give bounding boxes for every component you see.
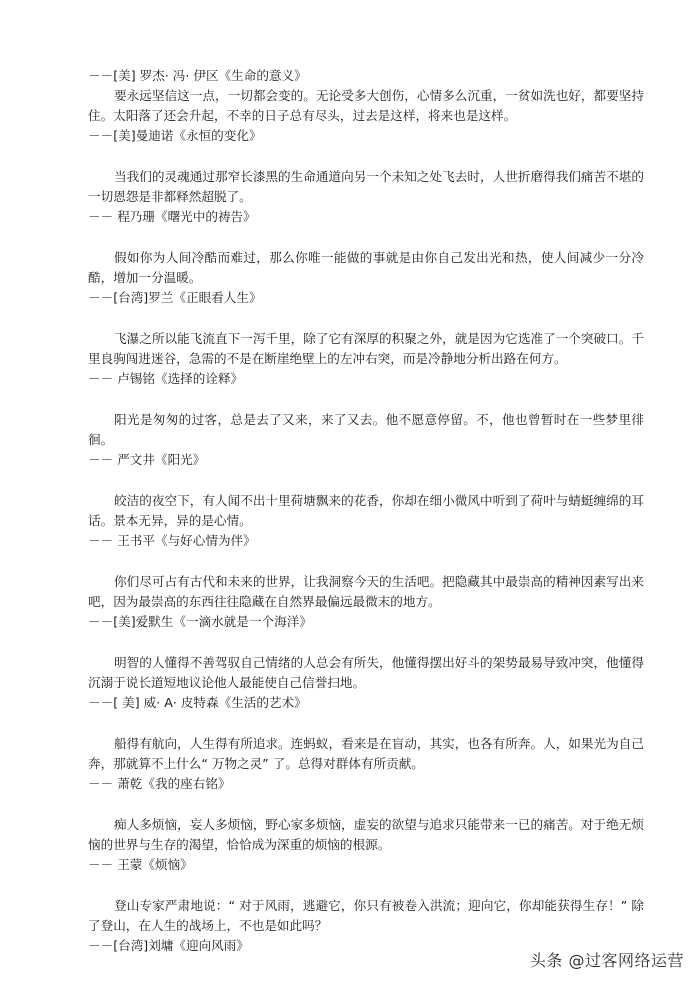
quote-attribution: －－ 严文井《阳光》 [88,450,644,470]
quote-text: 假如你为人间冷酷而难过，那么你唯一能做的事就是由你自己发出光和热，使人间减少一分… [88,248,644,288]
quote-block: 船得有航向，人生得有所追求。连蚂蚁，看来是在盲动，其实，也各有所奔。人，如果光为… [88,734,644,794]
quote-block: 明智的人懂得不善驾驭自己情绪的人总会有所失，他懂得摆出好斗的架势最易导致冲突，他… [88,653,644,713]
quote-block: 阳光是匆匆的过客，总是去了又来，来了又去。他不愿意停留。不，他也曾暂时在一些梦里… [88,410,644,470]
quote-text: 阳光是匆匆的过客，总是去了又来，来了又去。他不愿意停留。不，他也曾暂时在一些梦里… [88,410,644,450]
quote-block: 当我们的灵魂通过那窄长漆黑的生命通道向另一个未知之处飞去时，人世折磨得我们痛苦不… [88,167,644,227]
quote-text: 船得有航向，人生得有所追求。连蚂蚁，看来是在盲动，其实，也各有所奔。人，如果光为… [88,734,644,774]
quote-block: 飞瀑之所以能飞流直下一泻千里，除了它有深厚的积聚之外，就是因为它选准了一个突破口… [88,329,644,389]
quote-attribution: －－[ 美] 威· A· 皮特森《生活的艺术》 [88,693,644,713]
quote-text: 飞瀑之所以能飞流直下一泻千里，除了它有深厚的积聚之外，就是因为它选准了一个突破口… [88,329,644,369]
quote-block: 你们尽可占有古代和未来的世界，让我洞察今天的生活吧。把隐藏其中最崇高的精神因素写… [88,572,644,632]
quote-block: 痴人多烦恼，妄人多烦恼，野心家多烦恼，虚妄的欲望与追求只能带来一已的痛苦。对于绝… [88,815,644,875]
quote-text: 登山专家严肃地说：“ 对于风雨，逃避它，你只有被卷入洪流；迎向它，你却能获得生存… [88,896,644,936]
quote-text: 你们尽可占有古代和未来的世界，让我洞察今天的生活吧。把隐藏其中最崇高的精神因素写… [88,572,644,612]
quote-attribution: －－[台湾]罗兰《正眼看人生》 [88,288,644,308]
quote-attribution: －－[美]爱默生《一滴水就是一个海洋》 [88,612,644,632]
quote-text: 明智的人懂得不善驾驭自己情绪的人总会有所失，他懂得摆出好斗的架势最易导致冲突，他… [88,653,644,693]
watermark: 头条 @过客网络运营 [530,948,684,971]
quote-block: 假如你为人间冷酷而难过，那么你唯一能做的事就是由你自己发出光和热，使人间减少一分… [88,248,644,308]
quote-text: 当我们的灵魂通过那窄长漆黑的生命通道向另一个未知之处飞去时，人世折磨得我们痛苦不… [88,167,644,207]
document-page: －－[美] 罗杰· 冯· 伊区《生命的意义》 要永远坚信这一点，一切都会变的。无… [88,66,644,977]
quote-attribution: －－ 萧乾《我的座右铭》 [88,774,644,794]
leading-attribution: －－[美] 罗杰· 冯· 伊区《生命的意义》 [88,66,644,86]
quote-block: 要永远坚信这一点，一切都会变的。无论受多大创伤，心情多么沉重，一贫如洗也好，都要… [88,86,644,146]
quote-text: 皎洁的夜空下，有人闻不出十里荷塘飘来的花香，你却在细小微风中听到了荷叶与蜻蜓缠绵… [88,491,644,531]
quote-attribution: －－ 王蒙《烦恼》 [88,855,644,875]
quote-text: 要永远坚信这一点，一切都会变的。无论受多大创伤，心情多么沉重，一贫如洗也好，都要… [88,86,644,126]
quote-attribution: －－[美]曼迪诺《永恒的变化》 [88,126,644,146]
quote-block: 皎洁的夜空下，有人闻不出十里荷塘飘来的花香，你却在细小微风中听到了荷叶与蜻蜓缠绵… [88,491,644,551]
quote-block: 登山专家严肃地说：“ 对于风雨，逃避它，你只有被卷入洪流；迎向它，你却能获得生存… [88,896,644,956]
quote-attribution: －－ 王书平《与好心情为伴》 [88,531,644,551]
quote-attribution: －－ 卢锡铭《选择的诠释》 [88,369,644,389]
quote-attribution: －－ 程乃珊《曙光中的祷告》 [88,207,644,227]
quote-text: 痴人多烦恼，妄人多烦恼，野心家多烦恼，虚妄的欲望与追求只能带来一已的痛苦。对于绝… [88,815,644,855]
